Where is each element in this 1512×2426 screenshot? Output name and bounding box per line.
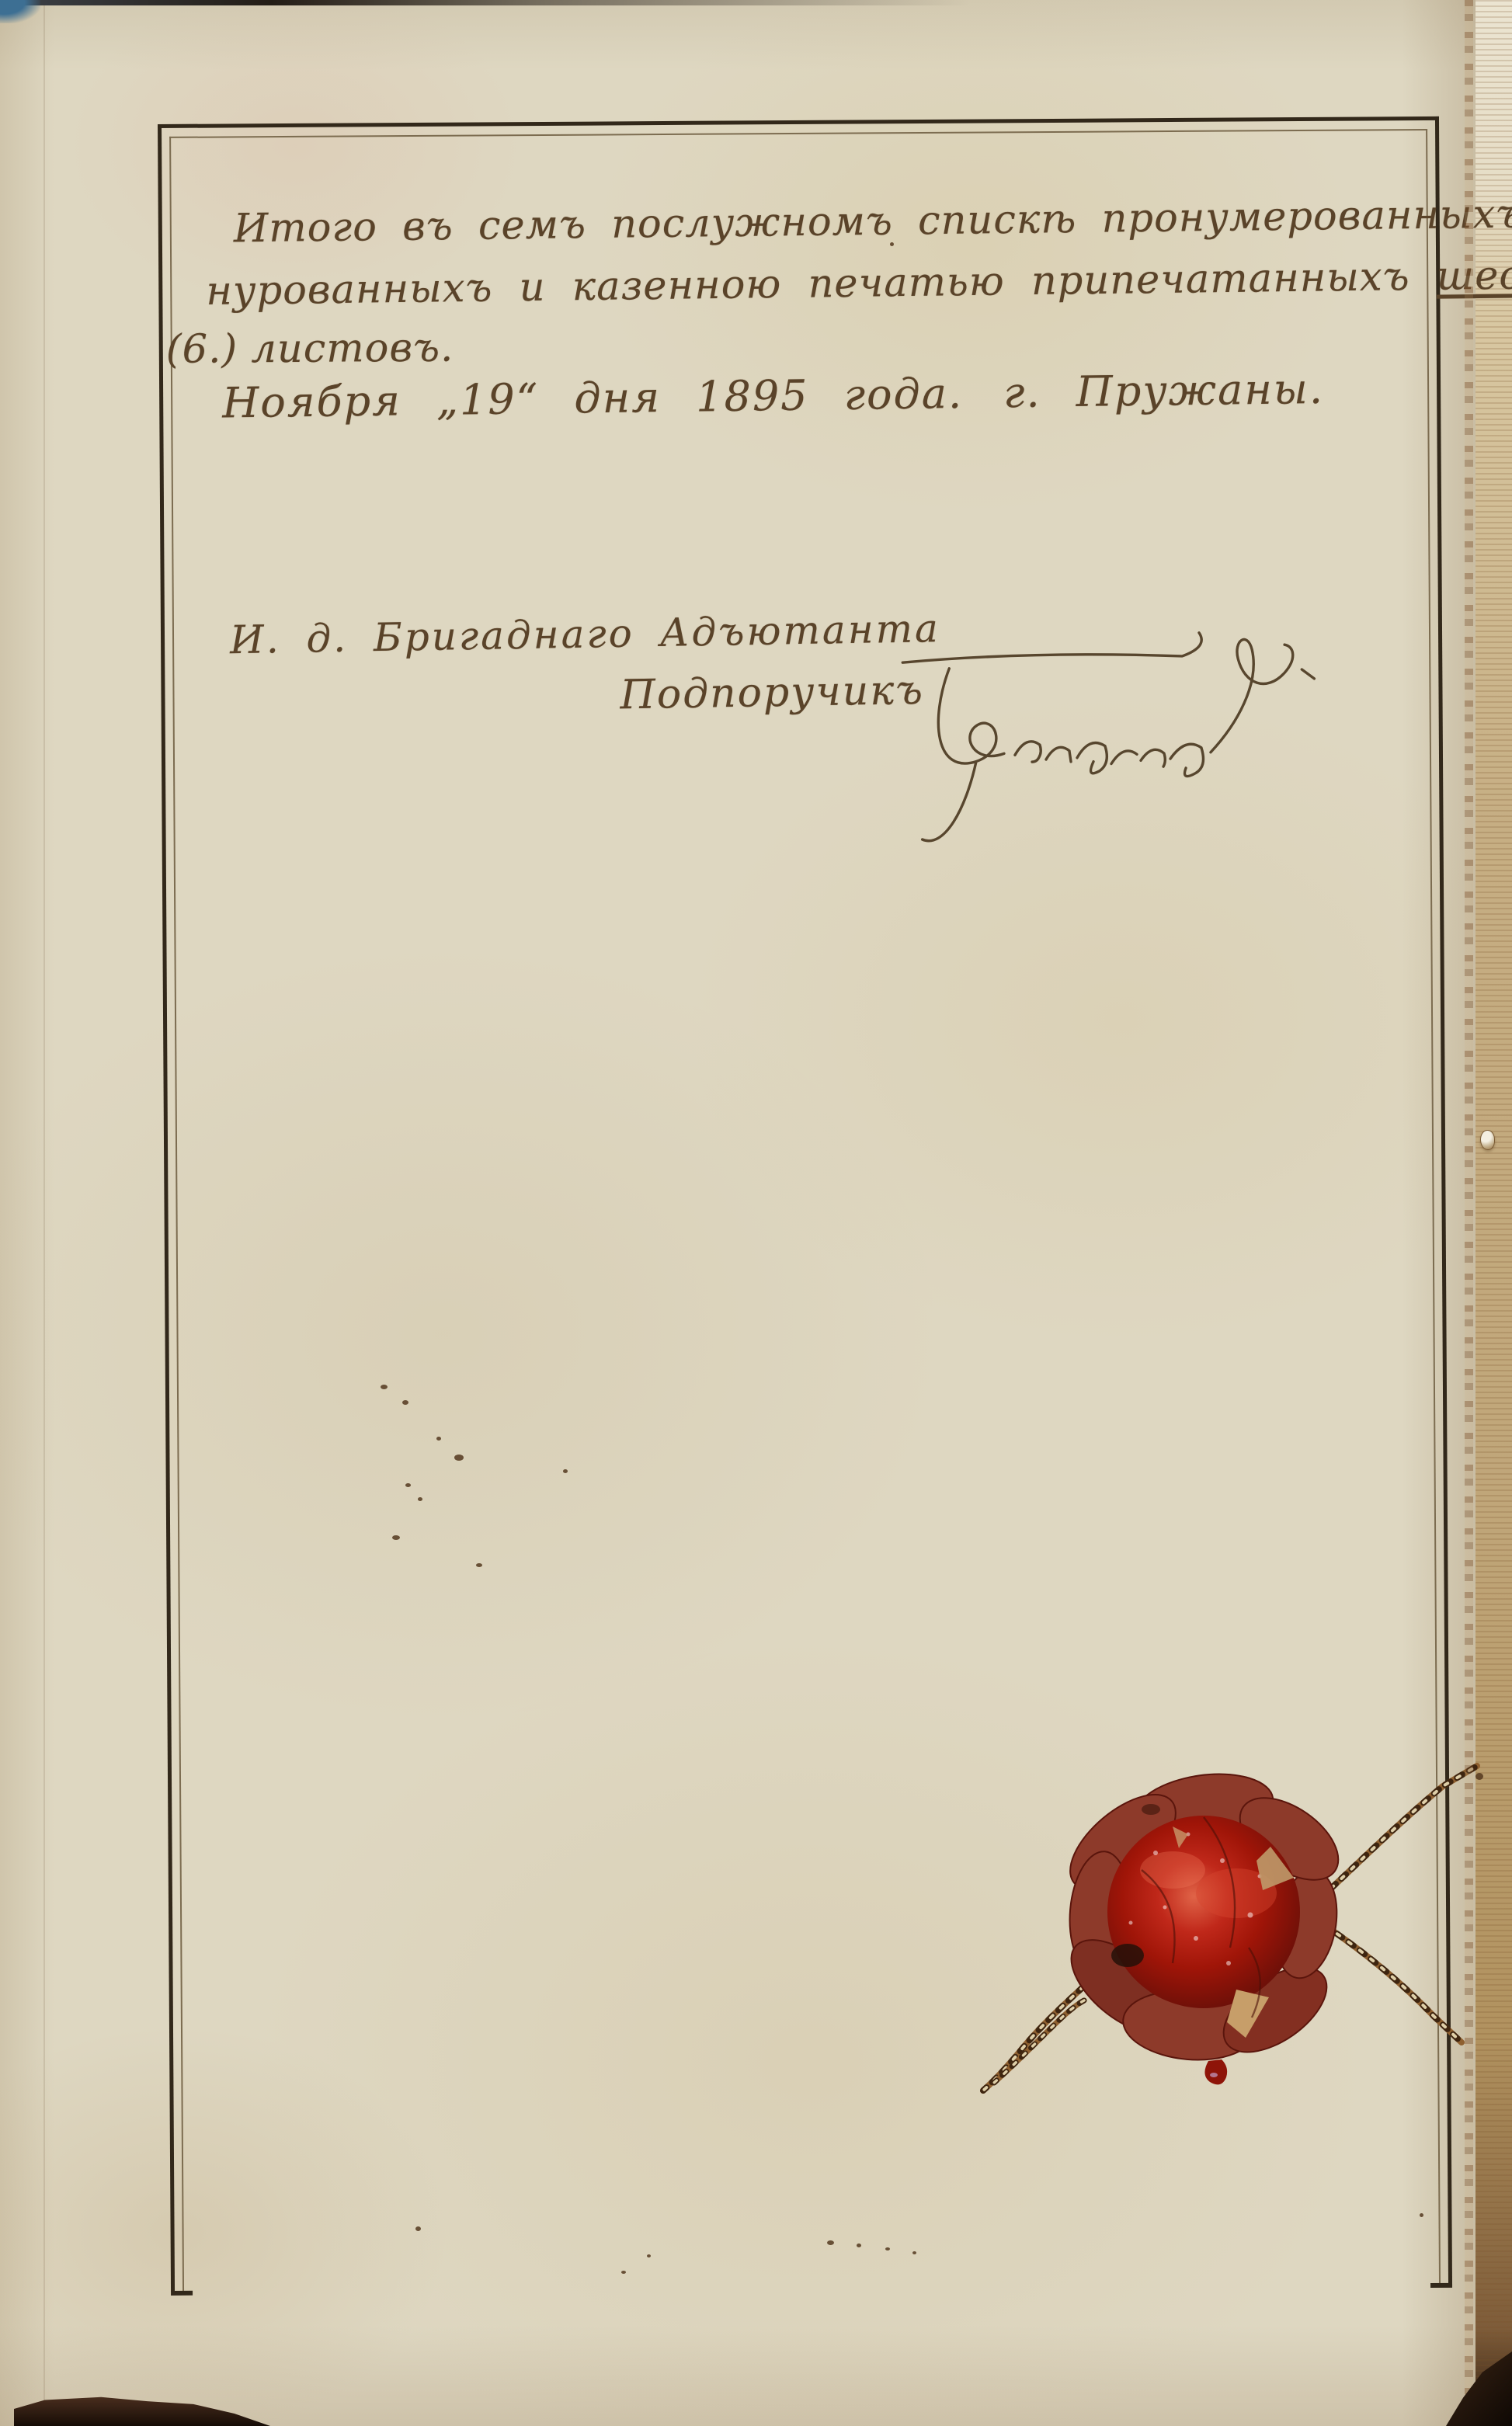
ink-speck [418, 1497, 422, 1501]
date-text: Ноября „19“ дня 1895 года. [222, 369, 964, 427]
ink-speck [1420, 2213, 1423, 2217]
ink-speck [857, 2244, 861, 2247]
ink-speck [621, 2271, 626, 2274]
wax-drip [1204, 2059, 1227, 2084]
ink-speck [405, 1483, 411, 1487]
ink-speck [885, 2247, 890, 2250]
document-page: Итого въ семъ послужномъ спискѣ пронумер… [0, 0, 1476, 2426]
ink-speck [647, 2254, 651, 2257]
ink-speck [1476, 1773, 1483, 1780]
paper-crease [43, 0, 45, 2426]
wax-droplet-on-edge [1480, 1130, 1495, 1150]
ink-speck [436, 1437, 441, 1441]
ink-speck [402, 1400, 408, 1405]
photo-top-edge [0, 0, 971, 5]
place-text: г. Пружаны. [1003, 364, 1325, 417]
photo-corner-artifact [0, 0, 40, 23]
ink-speck [392, 1535, 400, 1540]
underlined-word: шесть [1436, 252, 1512, 299]
book-cover-bottom-left [14, 2396, 270, 2426]
border-end-cap [171, 2291, 193, 2296]
ink-speck [415, 2226, 421, 2231]
border-end-cap [1430, 2283, 1452, 2288]
ink-speck [476, 1563, 482, 1567]
photographed-document: Итого въ семъ послужномъ спискѣ пронумер… [0, 0, 1512, 2426]
certification-line-3: (6.) листовъ. [166, 325, 454, 373]
ink-speck [890, 242, 894, 246]
ink-speck [381, 1385, 388, 1389]
wax-seal-and-cord [963, 1730, 1512, 2128]
ink-speck [827, 2240, 834, 2245]
ink-speck [454, 1455, 464, 1461]
signature-flourish [878, 600, 1377, 937]
ink-speck [563, 1469, 568, 1473]
page-right-edge [1465, 0, 1473, 2426]
red-wax-seal [1054, 1766, 1352, 2084]
ink-speck [912, 2251, 916, 2254]
